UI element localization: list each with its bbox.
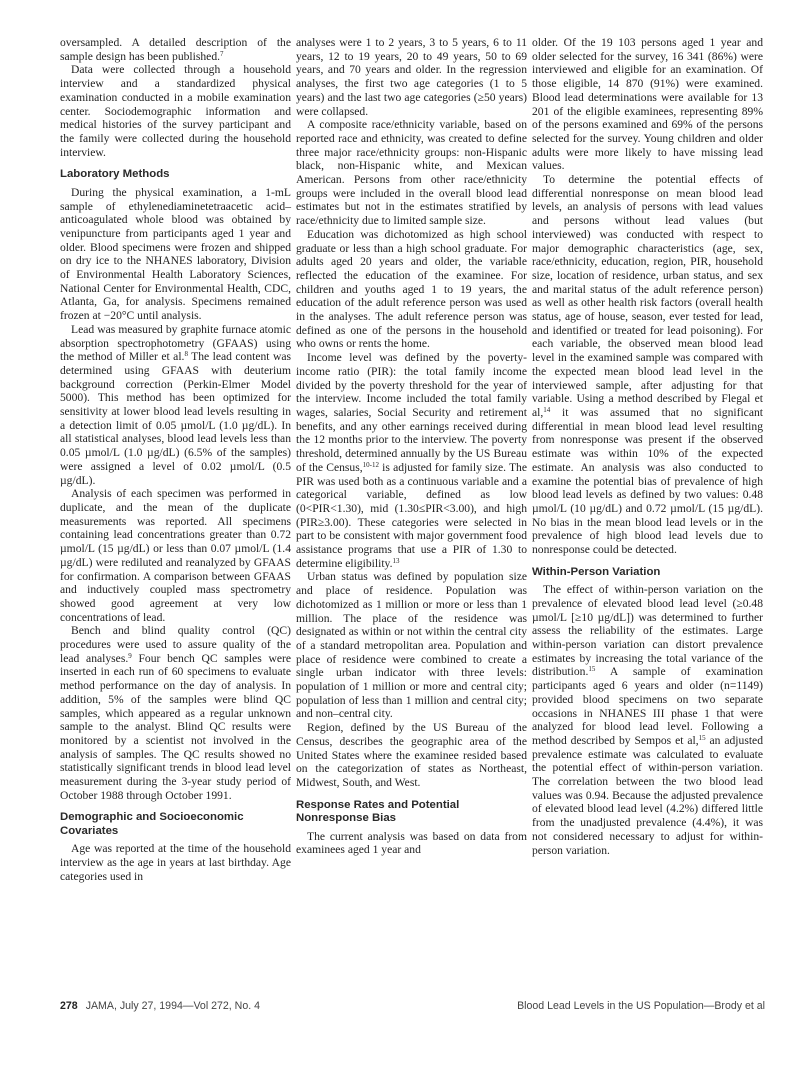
paragraph: older. Of the 19 103 persons aged 1 year… bbox=[532, 36, 763, 173]
citation-reference: 15 bbox=[699, 734, 706, 742]
citation-reference: 7 bbox=[220, 50, 224, 58]
paragraph: To determine the potential effects of di… bbox=[532, 173, 763, 557]
section-heading: Laboratory Methods bbox=[60, 168, 291, 182]
citation-reference: 10-12 bbox=[363, 461, 379, 469]
paragraph: Age was reported at the time of the hous… bbox=[60, 842, 291, 883]
text-column-1: oversampled. A detailed description of t… bbox=[60, 36, 291, 884]
text-column-2: analyses were 1 to 2 years, 3 to 5 years… bbox=[296, 36, 527, 857]
footer-left: 278JAMA, July 27, 1994—Vol 272, No. 4 bbox=[60, 1000, 260, 1012]
journal-citation: JAMA, July 27, 1994—Vol 272, No. 4 bbox=[86, 1000, 260, 1012]
paragraph: Urban status was defined by population s… bbox=[296, 570, 527, 721]
section-heading: Demographic and Socioeconomic Covariates bbox=[60, 811, 291, 838]
paragraph: The current analysis was based on data f… bbox=[296, 830, 527, 857]
paragraph: Income level was defined by the poverty-… bbox=[296, 351, 527, 570]
text-column-3: older. Of the 19 103 persons aged 1 year… bbox=[532, 36, 763, 857]
paragraph: Bench and blind quality control (QC) pro… bbox=[60, 624, 291, 802]
citation-reference: 8 bbox=[184, 350, 188, 358]
page-number: 278 bbox=[60, 1000, 78, 1012]
paragraph: During the physical examination, a 1-mL … bbox=[60, 186, 291, 323]
running-title: Blood Lead Levels in the US Population—B… bbox=[517, 1000, 765, 1012]
section-heading: Response Rates and Potential Nonresponse… bbox=[296, 799, 527, 826]
citation-reference: 13 bbox=[392, 557, 399, 565]
paragraph: The effect of within-person variation on… bbox=[532, 583, 763, 857]
section-heading: Within-Person Variation bbox=[532, 566, 763, 580]
citation-reference: 14 bbox=[543, 406, 550, 414]
paragraph: oversampled. A detailed description of t… bbox=[60, 36, 291, 63]
paragraph: Lead was measured by graphite furnace at… bbox=[60, 323, 291, 487]
paragraph: Data were collected through a household … bbox=[60, 63, 291, 159]
paragraph: Education was dichotomized as high schoo… bbox=[296, 228, 527, 351]
citation-reference: 15 bbox=[588, 665, 595, 673]
citation-reference: 9 bbox=[128, 652, 132, 660]
paragraph: Region, defined by the US Bureau of the … bbox=[296, 721, 527, 790]
paragraph: Analysis of each specimen was performed … bbox=[60, 487, 291, 624]
paragraph: A composite race/ethnicity variable, bas… bbox=[296, 118, 527, 228]
paragraph: analyses were 1 to 2 years, 3 to 5 years… bbox=[296, 36, 527, 118]
